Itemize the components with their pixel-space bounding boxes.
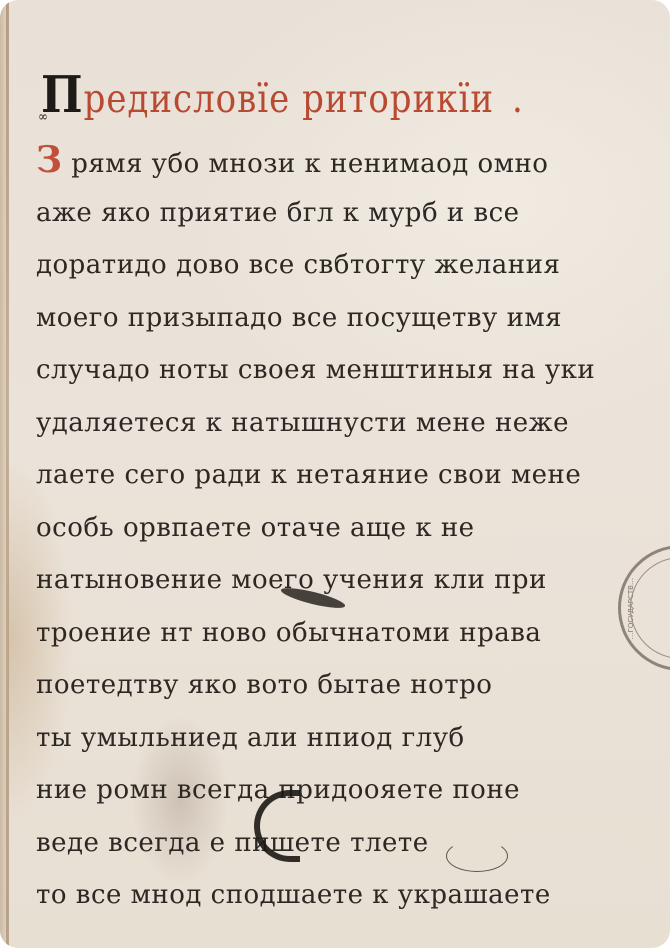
text-line: аже яко приятие бгл к мурб и все: [36, 187, 636, 240]
manuscript-text: З рямя убо мнози к ненимаод омно аже яко…: [36, 134, 636, 922]
text-line: доратидо дово все свбтогту желания: [36, 239, 636, 292]
text-line: веде всегда е пишете тлете: [36, 817, 636, 870]
text-line: ние ромн всегда придоояете поне: [36, 764, 636, 817]
text-line: моего призыпадо все посущетву имя: [36, 292, 636, 345]
title-initial: П: [41, 66, 84, 125]
text-line: троение нт ново обычнатоми нрава: [36, 607, 636, 660]
manuscript-page: ∞Предисловїе риторикїи. З рямя убо мнози…: [0, 0, 670, 948]
binding-edge: [6, 0, 9, 948]
text-line: поетедтву яко вото бытае нотро: [36, 659, 636, 712]
stamp-text: …ГОСУДАРСТВ…: [627, 578, 635, 639]
red-initial: З: [36, 139, 62, 181]
flourish-loop-icon: [446, 840, 508, 872]
text-line: особь орвпаете отаче аще к не: [36, 502, 636, 555]
title-period: .: [512, 76, 524, 122]
text-line: то все мнод сподшаете к украшаете: [36, 869, 636, 922]
text-line: удаляетеся к натышнусти мене неже: [36, 397, 636, 450]
text-line: лаете сего ради к нетаяние свои мене: [36, 449, 636, 502]
text-line: З рямя убо мнози к ненимаод омно: [36, 134, 636, 187]
title-text: редисловїе риторикїи: [84, 76, 494, 122]
text-line: ты умыльниед али нпиод глуб: [36, 712, 636, 765]
text-line: случадо ноты своея менштиныя на уки: [36, 344, 636, 397]
page-title: ∞Предисловїе риторикїи.: [38, 66, 524, 125]
